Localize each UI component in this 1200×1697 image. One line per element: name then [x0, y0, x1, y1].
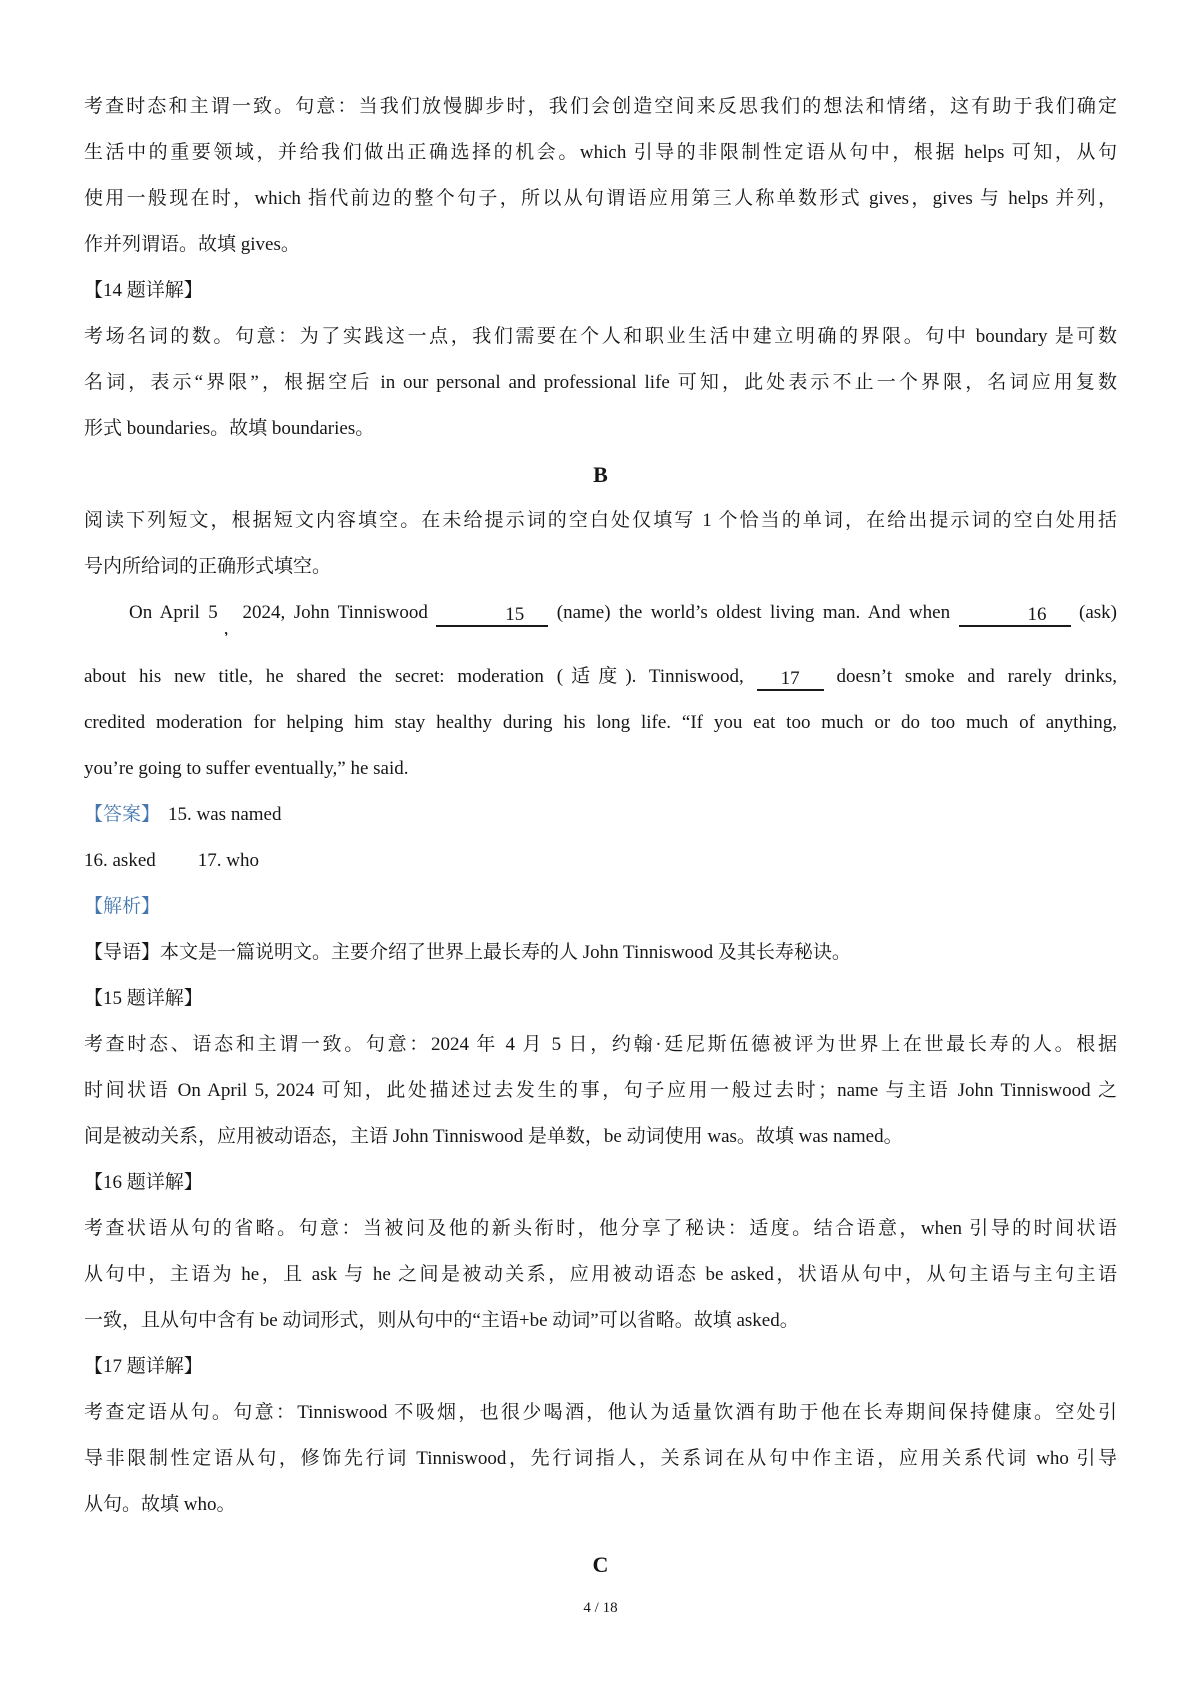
passage-text: (name) the world’s oldest living man. An… [557, 602, 950, 623]
passage-line: credited moderation for helping him stay… [84, 700, 1117, 746]
dropped-comma: , [224, 618, 229, 636]
passage-text: On April 5 [129, 602, 218, 623]
blank-17: 17 [757, 668, 824, 691]
q14-explanation-line: 形式 boundaries。故填 boundaries。 [84, 406, 1117, 452]
q13-explanation-line: 作并列谓语。故填 gives。 [84, 222, 1117, 268]
q16-heading: 【16 题详解】 [84, 1160, 1117, 1206]
task-instructions-line: 号内所给词的正确形式填空。 [84, 544, 1117, 590]
q17-explanation-line: 从句。故填 who。 [84, 1482, 1117, 1528]
section-c-title: C [84, 1542, 1117, 1588]
answer-17: 17. who [198, 850, 259, 871]
q13-explanation-line: 生活中的重要领域，并给我们做出正确选择的机会。which 引导的非限制性定语从句… [84, 130, 1117, 176]
q13-explanation-line: 使用一般现在时，which 指代前边的整个句子，所以从句谓语应用第三人称单数形式… [84, 176, 1117, 222]
q16-explanation-line: 从句中，主语为 he，且 ask 与 he 之间是被动关系，应用被动语态 be … [84, 1252, 1117, 1298]
passage-text: about his new title, he shared the secre… [84, 666, 744, 687]
q15-explanation-line: 间是被动关系，应用被动语态，主语 John Tinniswood 是单数，be … [84, 1114, 1117, 1160]
passage-line: On April 5,2024, John Tinniswood 15 (nam… [84, 590, 1117, 636]
q14-explanation-line: 考场名词的数。句意：为了实践这一点，我们需要在个人和职业生活中建立明确的界限。句… [84, 314, 1117, 360]
passage-line: you’re going to suffer eventually,” he s… [84, 746, 1117, 792]
q16-explanation-line: 一致，且从句中含有 be 动词形式，则从句中的“主语+be 动词”可以省略。故填… [84, 1298, 1117, 1344]
answer-16: 16. asked [84, 850, 156, 871]
section-b-title: B [84, 452, 1117, 498]
q15-explanation-line: 时间状语 On April 5, 2024 可知，此处描述过去发生的事，句子应用… [84, 1068, 1117, 1114]
passage-line: about his new title, he shared the secre… [84, 654, 1117, 700]
passage-text: (ask) [1079, 602, 1117, 623]
q17-heading: 【17 题详解】 [84, 1344, 1117, 1390]
task-instructions-line: 阅读下列短文，根据短文内容填空。在未给提示词的空白处仅填写 1 个恰当的单词，在… [84, 498, 1117, 544]
q15-heading: 【15 题详解】 [84, 976, 1117, 1022]
document-page: 考查时态和主谓一致。句意：当我们放慢脚步时，我们会创造空间来反思我们的想法和情绪… [0, 0, 1200, 1697]
answers-line: 16. asked17. who [84, 838, 1117, 884]
blank-15: 15 [436, 604, 548, 627]
answer-15: 15. was named [168, 804, 281, 825]
answers-label: 【答案】 [84, 804, 160, 825]
q17-explanation-line: 考查定语从句。句意：Tinniswood 不吸烟，也很少喝酒，他认为适量饮酒有助… [84, 1390, 1117, 1436]
intro-line: 【导语】本文是一篇说明文。主要介绍了世界上最长寿的人 John Tinniswo… [84, 930, 1117, 976]
q14-heading: 【14 题详解】 [84, 268, 1117, 314]
page-number: 4 / 18 [84, 1588, 1117, 1628]
q13-explanation-line: 考查时态和主谓一致。句意：当我们放慢脚步时，我们会创造空间来反思我们的想法和情绪… [84, 84, 1117, 130]
blank-16: 16 [959, 604, 1071, 627]
q15-explanation-line: 考查时态、语态和主谓一致。句意：2024 年 4 月 5 日，约翰·廷尼斯伍德被… [84, 1022, 1117, 1068]
passage-text: 2024, John Tinniswood [242, 602, 427, 623]
answers-line: 【答案】15. was named [84, 792, 1117, 838]
q14-explanation-line: 名词，表示“界限”，根据空后 in our personal and profe… [84, 360, 1117, 406]
analysis-label: 【解析】 [84, 884, 1117, 930]
q16-explanation-line: 考查状语从句的省略。句意：当被问及他的新头衔时，他分享了秘诀：适度。结合语意，w… [84, 1206, 1117, 1252]
q17-explanation-line: 导非限制性定语从句，修饰先行词 Tinniswood，先行词指人，关系词在从句中… [84, 1436, 1117, 1482]
passage-text: doesn’t smoke and rarely drinks, [836, 666, 1117, 687]
